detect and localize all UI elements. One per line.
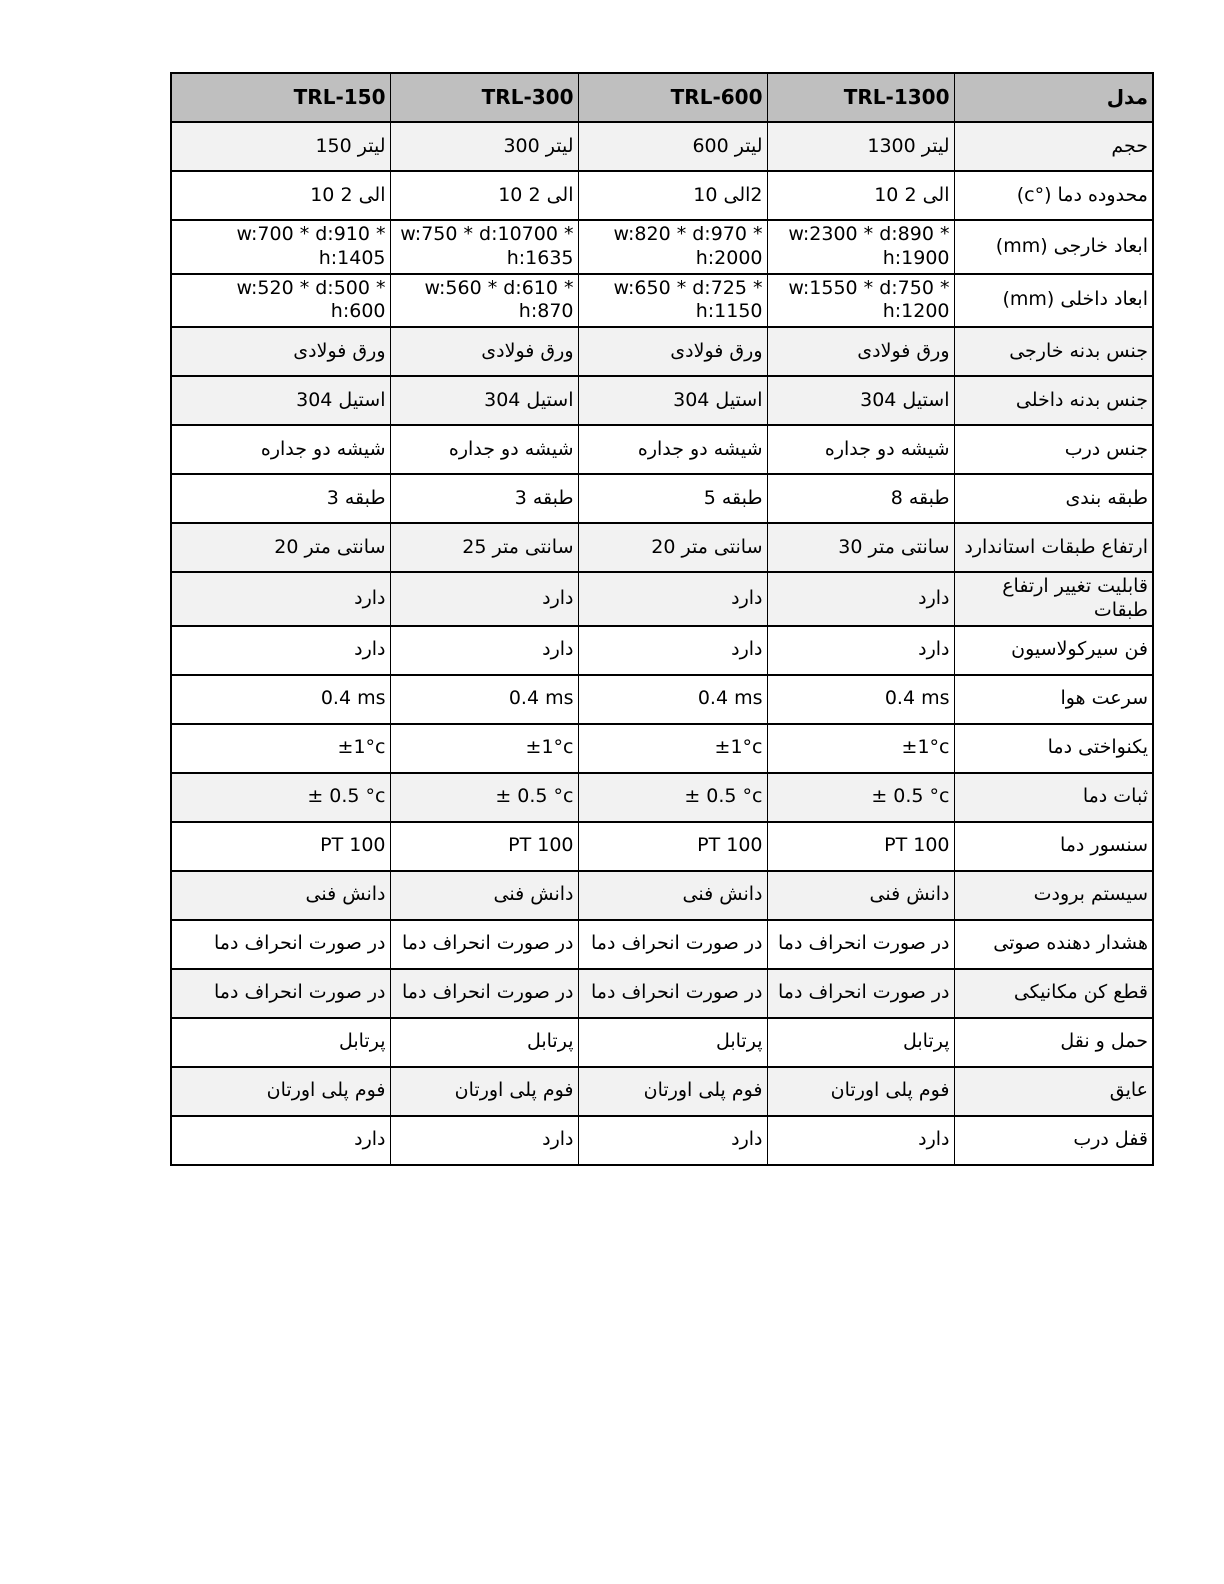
value-cell: ±1°c (171, 724, 390, 773)
spec-table-container: TRL-150TRL-300TRL-600TRL-1300مدل ليتر 15… (170, 72, 1154, 1166)
spec-row: داردداردداردداردقفل درب (171, 1116, 1153, 1165)
value-cell: ± 0.5 °c (767, 773, 954, 822)
value-cell: سانتی متر 20 (578, 523, 767, 572)
model-header-cell: TRL-1300 (767, 73, 954, 122)
value-cell: ± 0.5 °c (171, 773, 390, 822)
value-cell: 0.4 ms (171, 675, 390, 724)
value-cell: ± 0.5 °c (390, 773, 578, 822)
value-cell: شیشه دو جداره (767, 425, 954, 474)
label-cell: طبقه بندی (954, 474, 1153, 523)
label-cell: هشدار دهنده صوتی (954, 920, 1153, 969)
value-cell: ليتر 600 (578, 122, 767, 171)
label-cell: سرعت هوا (954, 675, 1153, 724)
value-cell: دارد (171, 572, 390, 626)
value-cell: سانتی متر 25 (390, 523, 578, 572)
value-cell: پرتابل (767, 1018, 954, 1067)
value-cell: استیل 304 (578, 376, 767, 425)
value-cell: الی 2 10 (767, 171, 954, 220)
value-cell: دارد (390, 626, 578, 675)
label-cell: سنسور دما (954, 822, 1153, 871)
value-cell: ليتر 150 (171, 122, 390, 171)
label-cell: ثبات دما (954, 773, 1153, 822)
value-cell: دانش فنی (767, 871, 954, 920)
label-cell: محدوده دما (°c) (954, 171, 1153, 220)
value-cell: دارد (767, 572, 954, 626)
spec-row: ليتر 150ليتر 300ليتر 600ليتر 1300حجم (171, 122, 1153, 171)
value-cell: ورق فولادی (171, 327, 390, 376)
value-cell: در صورت انحراف دما (578, 969, 767, 1018)
spec-row: w:700 * d:910 * h:1405w:750 * d:10700 * … (171, 220, 1153, 274)
value-cell: شیشه دو جداره (390, 425, 578, 474)
value-cell: فوم پلی اورتان (390, 1067, 578, 1116)
value-cell: 0.4 ms (390, 675, 578, 724)
value-cell: دانش فنی (578, 871, 767, 920)
value-cell: 0.4 ms (578, 675, 767, 724)
value-cell: طبقه 3 (390, 474, 578, 523)
value-cell: در صورت انحراف دما (578, 920, 767, 969)
spec-row: در صورت انحراف دمادر صورت انحراف دمادر ص… (171, 920, 1153, 969)
value-cell: ورق فولادی (578, 327, 767, 376)
spec-row: ± 0.5 °c± 0.5 °c± 0.5 °c± 0.5 °cثبات دما (171, 773, 1153, 822)
spec-row: ورق فولادیورق فولادیورق فولادیورق فولادی… (171, 327, 1153, 376)
value-cell: w:520 * d:500 * h:600 (171, 274, 390, 328)
value-cell: دارد (171, 1116, 390, 1165)
spec-row: استیل 304استیل 304استیل 304استیل 304جنس … (171, 376, 1153, 425)
value-cell: طبقه 5 (578, 474, 767, 523)
header-row: TRL-150TRL-300TRL-600TRL-1300مدل (171, 73, 1153, 122)
value-cell: PT 100 (390, 822, 578, 871)
value-cell: w:700 * d:910 * h:1405 (171, 220, 390, 274)
value-cell: طبقه 3 (171, 474, 390, 523)
value-cell: ± 0.5 °c (578, 773, 767, 822)
value-cell: سانتی متر 30 (767, 523, 954, 572)
value-cell: PT 100 (578, 822, 767, 871)
value-cell: w:820 * d:970 * h:2000 (578, 220, 767, 274)
value-cell: استیل 304 (171, 376, 390, 425)
label-cell: یکنواختی دما (954, 724, 1153, 773)
value-cell: در صورت انحراف دما (767, 920, 954, 969)
spec-row: شیشه دو جدارهشیشه دو جدارهشیشه دو جدارهش… (171, 425, 1153, 474)
value-cell: پرتابل (578, 1018, 767, 1067)
value-cell: الی 2 10 (171, 171, 390, 220)
value-cell: ±1°c (390, 724, 578, 773)
value-cell: دارد (767, 1116, 954, 1165)
value-cell: ±1°c (767, 724, 954, 773)
value-cell: در صورت انحراف دما (171, 920, 390, 969)
value-cell: w:2300 * d:890 * h:1900 (767, 220, 954, 274)
model-header-cell: TRL-150 (171, 73, 390, 122)
spec-row: پرتابلپرتابلپرتابلپرتابلحمل و نقل (171, 1018, 1153, 1067)
spec-row: سانتی متر 20سانتی متر 25سانتی متر 20سانت… (171, 523, 1153, 572)
value-cell: الی 2 10 (390, 171, 578, 220)
spec-row: داردداردداردداردقابلیت تغییر ارتفاع طبقا… (171, 572, 1153, 626)
value-cell: دانش فنی (171, 871, 390, 920)
spec-row: w:520 * d:500 * h:600w:560 * d:610 * h:8… (171, 274, 1153, 328)
spec-row: ±1°c±1°c±1°c±1°cیکنواختی دما (171, 724, 1153, 773)
label-cell: جنس بدنه خارجی (954, 327, 1153, 376)
label-cell: قفل درب (954, 1116, 1153, 1165)
spec-table-body: ليتر 150ليتر 300ليتر 600ليتر 1300حجمالی … (171, 122, 1153, 1165)
value-cell: شیشه دو جداره (171, 425, 390, 474)
label-cell: سیستم برودت (954, 871, 1153, 920)
corner-header-cell: مدل (954, 73, 1153, 122)
value-cell: فوم پلی اورتان (578, 1067, 767, 1116)
label-cell: جنس بدنه داخلی (954, 376, 1153, 425)
spec-row: فوم پلی اورتانفوم پلی اورتانفوم پلی اورت… (171, 1067, 1153, 1116)
label-cell: قابلیت تغییر ارتفاع طبقات (954, 572, 1153, 626)
model-header-cell: TRL-600 (578, 73, 767, 122)
value-cell: دارد (767, 626, 954, 675)
label-cell: فن سیرکولاسیون (954, 626, 1153, 675)
value-cell: دانش فنی (390, 871, 578, 920)
label-cell: ارتفاع طبقات استاندارد (954, 523, 1153, 572)
label-cell: حجم (954, 122, 1153, 171)
value-cell: دارد (390, 1116, 578, 1165)
value-cell: در صورت انحراف دما (390, 920, 578, 969)
value-cell: دارد (390, 572, 578, 626)
value-cell: ورق فولادی (390, 327, 578, 376)
label-cell: ابعاد خارجی (mm) (954, 220, 1153, 274)
label-cell: حمل و نقل (954, 1018, 1153, 1067)
value-cell: ±1°c (578, 724, 767, 773)
value-cell: استیل 304 (390, 376, 578, 425)
value-cell: در صورت انحراف دما (171, 969, 390, 1018)
value-cell: w:560 * d:610 * h:870 (390, 274, 578, 328)
value-cell: 0.4 ms (767, 675, 954, 724)
value-cell: فوم پلی اورتان (767, 1067, 954, 1116)
label-cell: ابعاد داخلی (mm) (954, 274, 1153, 328)
label-cell: قطع کن مکانیکی (954, 969, 1153, 1018)
value-cell: PT 100 (171, 822, 390, 871)
value-cell: دارد (578, 1116, 767, 1165)
value-cell: استیل 304 (767, 376, 954, 425)
spec-row: دانش فنیدانش فنیدانش فنیدانش فنیسیستم بر… (171, 871, 1153, 920)
value-cell: پرتابل (171, 1018, 390, 1067)
spec-row: در صورت انحراف دمادر صورت انحراف دمادر ص… (171, 969, 1153, 1018)
value-cell: 2الی 10 (578, 171, 767, 220)
value-cell: ليتر 300 (390, 122, 578, 171)
label-cell: عایق (954, 1067, 1153, 1116)
value-cell: ورق فولادی (767, 327, 954, 376)
value-cell: شیشه دو جداره (578, 425, 767, 474)
value-cell: w:750 * d:10700 * h:1635 (390, 220, 578, 274)
spec-table: TRL-150TRL-300TRL-600TRL-1300مدل ليتر 15… (170, 72, 1154, 1166)
value-cell: w:1550 * d:750 * h:1200 (767, 274, 954, 328)
value-cell: w:650 * d:725 * h:1150 (578, 274, 767, 328)
value-cell: ليتر 1300 (767, 122, 954, 171)
value-cell: در صورت انحراف دما (390, 969, 578, 1018)
value-cell: PT 100 (767, 822, 954, 871)
spec-row: PT 100PT 100PT 100PT 100سنسور دما (171, 822, 1153, 871)
value-cell: سانتی متر 20 (171, 523, 390, 572)
value-cell: پرتابل (390, 1018, 578, 1067)
value-cell: فوم پلی اورتان (171, 1067, 390, 1116)
model-header-cell: TRL-300 (390, 73, 578, 122)
spec-row: طبقه 3طبقه 3طبقه 5طبقه 8طبقه بندی (171, 474, 1153, 523)
label-cell: جنس درب (954, 425, 1153, 474)
value-cell: دارد (578, 626, 767, 675)
value-cell: در صورت انحراف دما (767, 969, 954, 1018)
spec-row: الی 2 10الی 2 102الی 10الی 2 10محدوده دم… (171, 171, 1153, 220)
spec-row: 0.4 ms0.4 ms0.4 ms0.4 msسرعت هوا (171, 675, 1153, 724)
spec-row: داردداردداردداردفن سیرکولاسیون (171, 626, 1153, 675)
value-cell: دارد (171, 626, 390, 675)
value-cell: دارد (578, 572, 767, 626)
value-cell: طبقه 8 (767, 474, 954, 523)
